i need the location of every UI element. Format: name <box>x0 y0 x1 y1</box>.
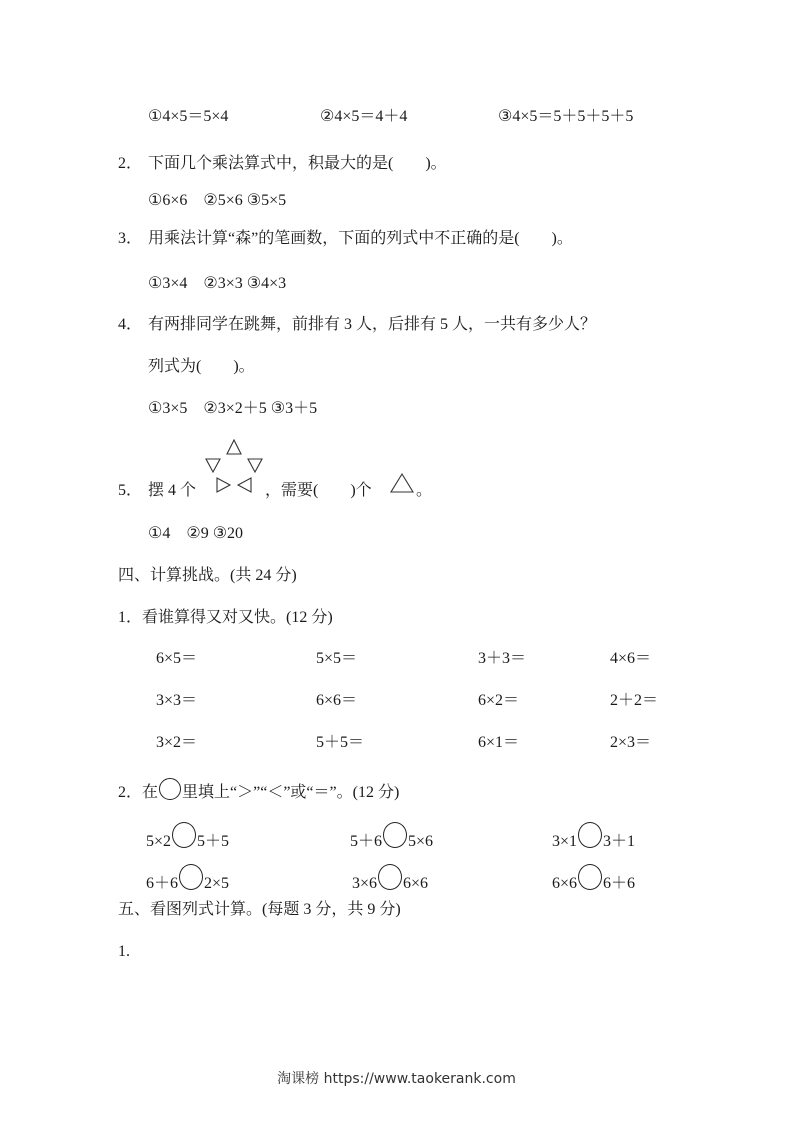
q2-text: 下面几个乘法算式中，积最大的是( )。 <box>148 156 447 172</box>
q3-text: 用乘法计算“森”的笔画数，下面的列式中不正确的是( )。 <box>148 231 573 247</box>
q5-options: ①4 ②9 ③20 <box>148 526 243 542</box>
q4-number: 4． <box>118 317 142 333</box>
section4-title: 四、计算挑战。(共 24 分) <box>118 568 297 584</box>
compare-left: 6＋6 <box>146 875 178 892</box>
q5-number: 5． <box>118 483 142 499</box>
compare-left: 3×1 <box>552 833 577 850</box>
compare-right: 6＋6 <box>603 875 635 892</box>
compare-left: 5×2 <box>146 833 171 850</box>
compare-right: 2×5 <box>204 875 229 892</box>
calc-item: 6×1＝ <box>478 735 519 751</box>
q2-options: ①6×6 ②5×6 ③5×5 <box>148 193 286 209</box>
calc-item: 5＋5＝ <box>316 735 364 751</box>
calc-item: 3×3＝ <box>156 693 197 709</box>
q4-text2: 列式为( )。 <box>148 359 255 375</box>
calc-item: 4×6＝ <box>610 651 651 667</box>
calc-item: 2＋2＝ <box>610 693 658 709</box>
q5-mid: ，需要( )个 <box>265 483 372 499</box>
q1-option-3: ③4×5＝5＋5＋5＋5 <box>498 109 633 125</box>
sub2-title-pre: 2．在 <box>118 784 158 801</box>
compare-circle[interactable] <box>383 822 407 848</box>
section4-sub1-title: 1．看谁算得又对又快。(12 分) <box>118 610 333 626</box>
compare-circle[interactable] <box>378 864 402 890</box>
q1-option-1: ①4×5＝5×4 <box>148 109 228 125</box>
section4-sub2-title: 2．在里填上“＞”“＜”或“＝”。(12 分) <box>118 778 399 801</box>
footer-watermark: 淘课榜 https://www.taokerank.com <box>0 1072 793 1086</box>
q5-pre: 摆 4 个 <box>148 483 196 499</box>
compare-right: 5＋5 <box>197 833 229 850</box>
compare-item: 3×66×6 <box>352 864 428 892</box>
calc-item: 2×3＝ <box>610 735 651 751</box>
section5-title: 五、看图列式计算。(每题 3 分，共 9 分) <box>118 902 401 918</box>
section5-item-1: 1. <box>118 944 130 960</box>
q3-options: ①3×4 ②3×3 ③4×3 <box>148 276 286 292</box>
compare-item: 5×25＋5 <box>146 822 229 850</box>
sub2-title-post: 里填上“＞”“＜”或“＝”。(12 分) <box>182 784 399 801</box>
compare-circle[interactable] <box>172 822 196 848</box>
q4-options: ①3×5 ②3×2＋5 ③3＋5 <box>148 401 317 417</box>
compare-item: 5＋65×6 <box>350 822 433 850</box>
q2-number: 2． <box>118 156 142 172</box>
calc-item: 6×5＝ <box>156 651 197 667</box>
calc-item: 6×6＝ <box>316 693 357 709</box>
calc-item: 6×2＝ <box>478 693 519 709</box>
circle-blank-icon <box>159 778 181 800</box>
compare-circle[interactable] <box>578 822 602 848</box>
q1-option-2: ②4×5＝4＋4 <box>320 109 407 125</box>
compare-left: 5＋6 <box>350 833 382 850</box>
calc-item: 5×5＝ <box>316 651 357 667</box>
compare-circle[interactable] <box>578 864 602 890</box>
calc-item: 3＋3＝ <box>478 651 526 667</box>
compare-item: 6＋62×5 <box>146 864 229 892</box>
q5-post: 。 <box>416 483 432 499</box>
compare-left: 3×6 <box>352 875 377 892</box>
triangle-icon <box>389 472 415 494</box>
compare-item: 6×66＋6 <box>552 864 635 892</box>
compare-right: 3＋1 <box>603 833 635 850</box>
calc-item: 3×2＝ <box>156 735 197 751</box>
compare-right: 5×6 <box>408 833 433 850</box>
q4-text: 有两排同学在跳舞，前排有 3 人，后排有 5 人，一共有多少人？ <box>148 317 596 333</box>
compare-item: 3×13＋1 <box>552 822 635 850</box>
q3-number: 3． <box>118 231 142 247</box>
star-triangles-icon <box>203 438 265 496</box>
compare-circle[interactable] <box>179 864 203 890</box>
compare-right: 6×6 <box>403 875 428 892</box>
compare-left: 6×6 <box>552 875 577 892</box>
